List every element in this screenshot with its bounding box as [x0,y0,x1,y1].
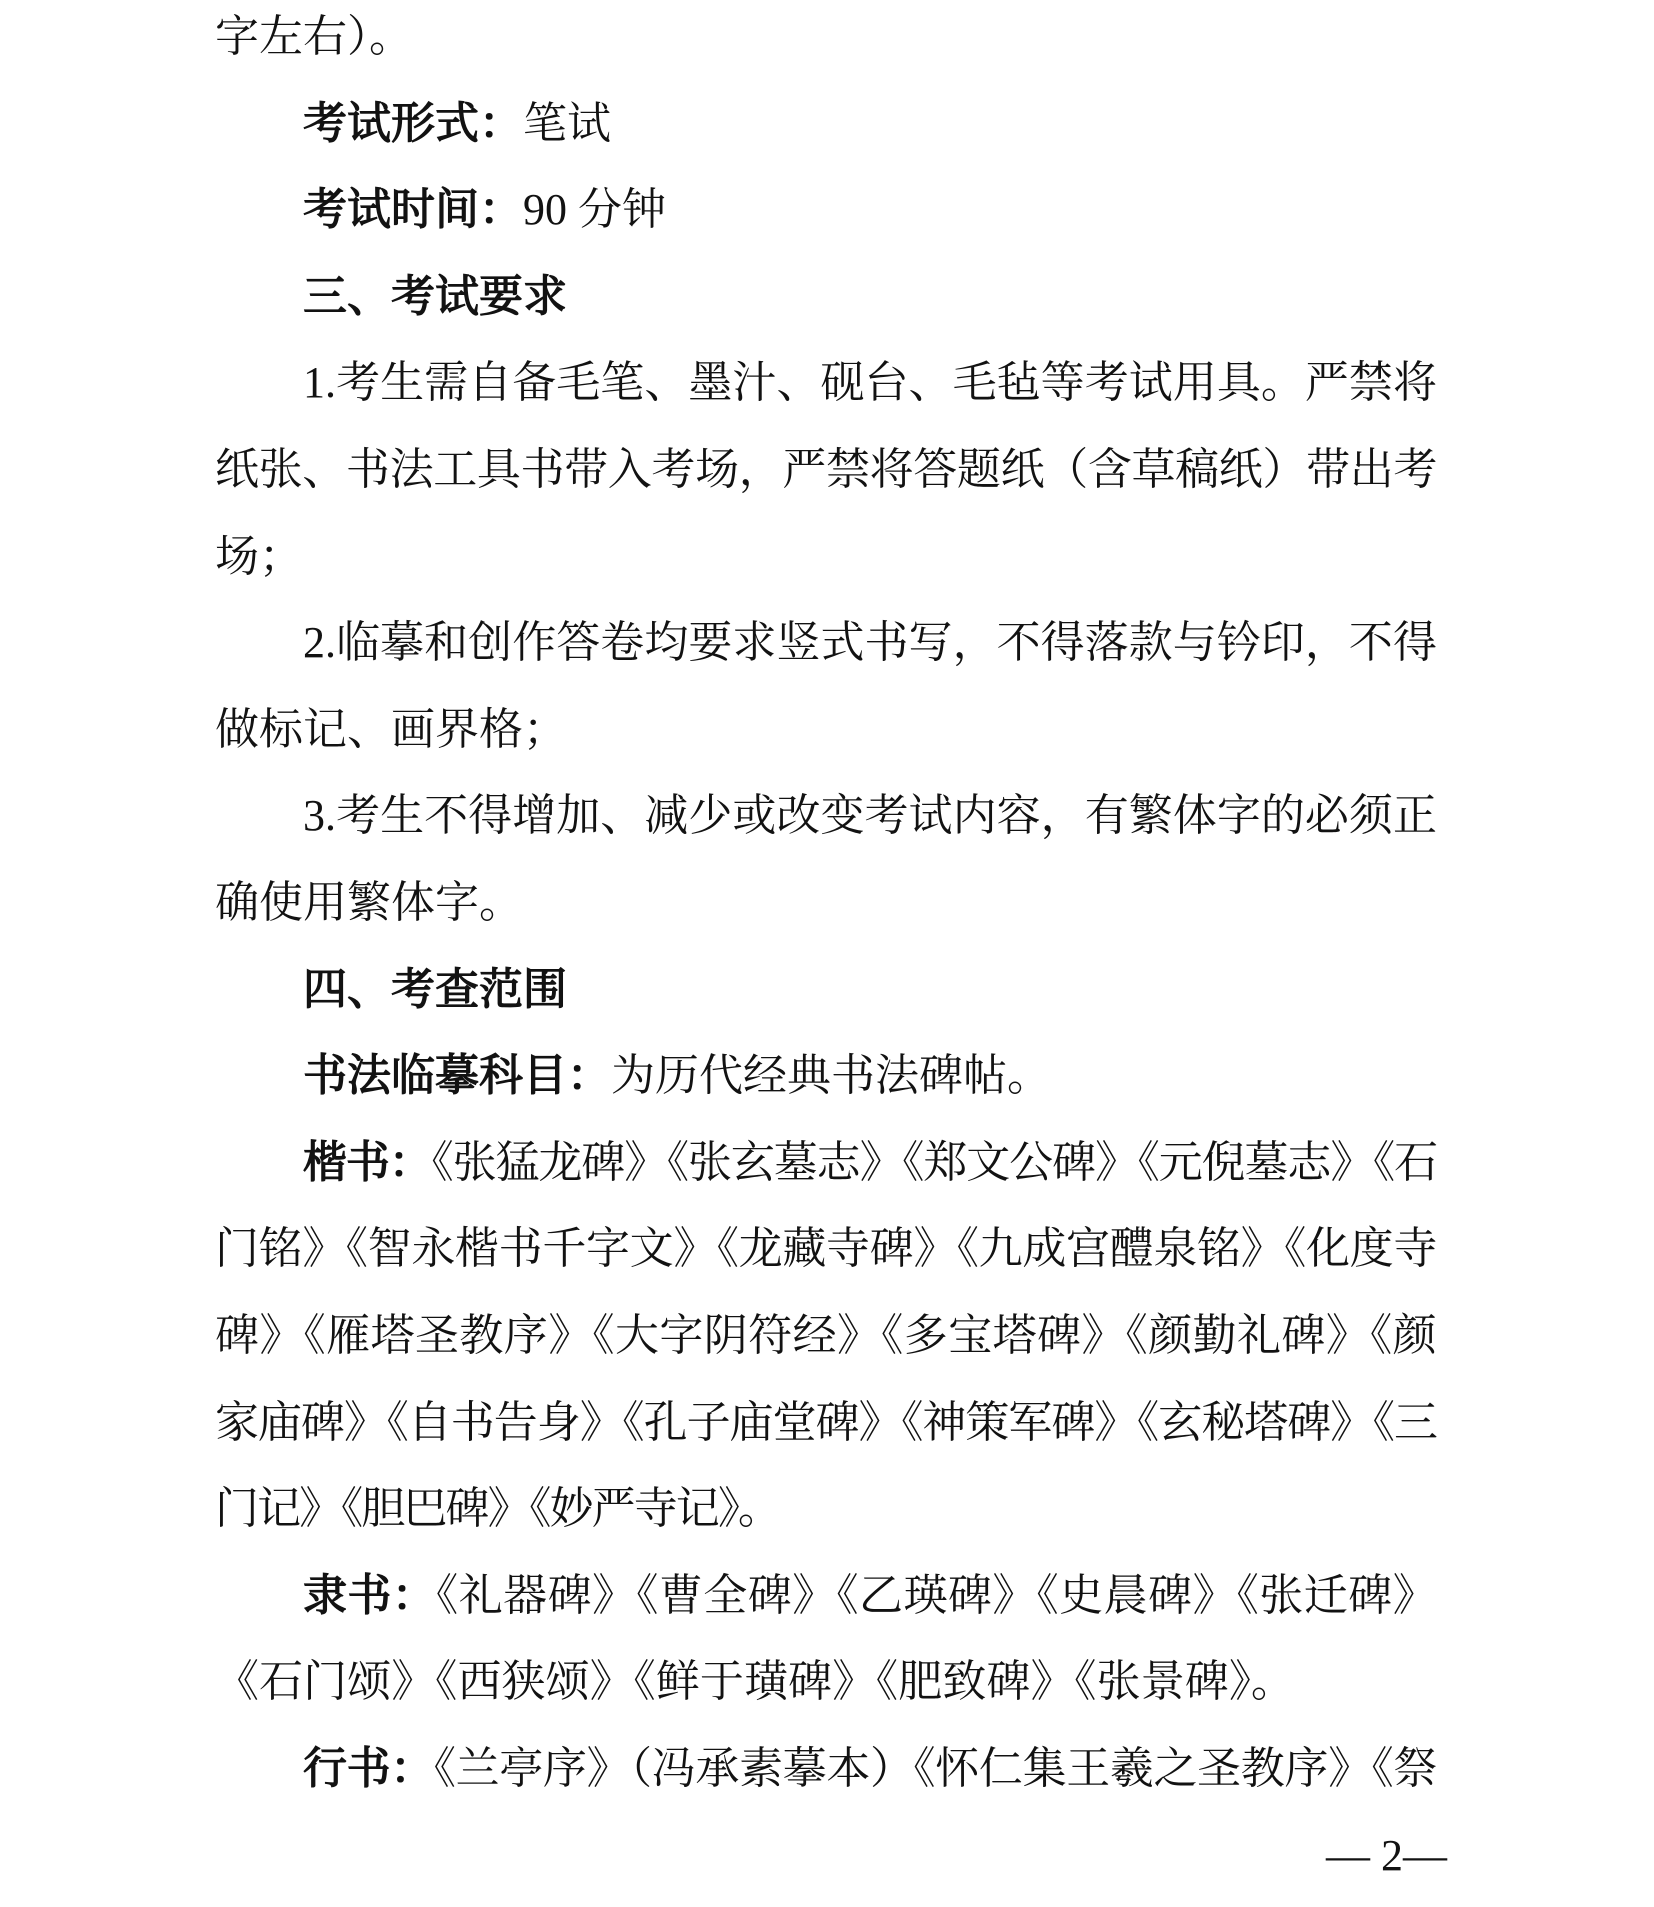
page-number: — 2— [215,1813,1447,1900]
text-line: 确使用繁体字。 [215,860,1437,947]
section-heading-exam-requirements: 三、考试要求 [215,254,1437,341]
text-line: 场； [215,514,1437,601]
text-line: 做标记、画界格； [215,687,1437,774]
line-text: 门铭》《智永楷书千字文》《龙藏寺碑》《九成宫醴泉铭》《化度寺 [215,1224,1437,1273]
field-label: 考试时间： [303,185,523,234]
list-running-script: 行书：《兰亭序》（冯承素摹本）《怀仁集王羲之圣教序》《祭 [215,1726,1437,1813]
line-text: 字左右）。 [215,12,413,61]
line-text: 场； [215,532,303,581]
text-line: 门铭》《智永楷书千字文》《龙藏寺碑》《九成宫醴泉铭》《化度寺 [215,1206,1437,1293]
field-exam-duration: 考试时间：90 分钟 [215,167,1437,254]
text-line: 字左右）。 [215,0,1437,81]
field-value: 为历代经典书法碑帖。 [611,1051,1051,1100]
field-label: 楷书： [303,1138,432,1187]
list-clerical-script: 隶书：《礼器碑》《曹全碑》《乙瑛碑》《史晨碑》《张迁碑》 [215,1553,1437,1640]
field-label: 行书： [303,1744,434,1793]
line-text: 1.考生需自备毛笔、墨汁、砚台、毛毡等考试用具。严禁将 [303,358,1437,407]
text-line: 3.考生不得增加、减少或改变考试内容，有繁体字的必须正 [215,773,1437,860]
field-exam-format: 考试形式：笔试 [215,81,1437,168]
document-body: 字左右）。 考试形式：笔试 考试时间：90 分钟 三、考试要求 1.考生需自备毛… [215,0,1437,1812]
line-text: 《礼器碑》《曹全碑》《乙瑛碑》《史晨碑》《张迁碑》 [436,1571,1437,1620]
field-label: 书法临摹科目： [303,1051,611,1100]
field-label: 隶书： [303,1571,436,1620]
line-text: 《张猛龙碑》《张玄墓志》《郑文公碑》《元倪墓志》《石 [432,1138,1437,1187]
field-label: 考试形式： [303,99,523,148]
line-text: 碑》《雁塔圣教序》《大字阴符经》《多宝塔碑》《颜勤礼碑》《颜 [215,1311,1437,1360]
document-page: 字左右）。 考试形式：笔试 考试时间：90 分钟 三、考试要求 1.考生需自备毛… [0,0,1654,1907]
list-regular-script: 楷书：《张猛龙碑》《张玄墓志》《郑文公碑》《元倪墓志》《石 [215,1120,1437,1207]
text-line: 门记》《胆巴碑》《妙严寺记》。 [215,1466,1437,1553]
line-text: 2.临摹和创作答卷均要求竖式书写，不得落款与钤印，不得 [303,618,1437,667]
heading-text: 三、考试要求 [303,272,567,321]
field-value: 笔试 [523,99,611,148]
text-line: 《石门颂》《西狭颂》《鲜于璜碑》《肥致碑》《张景碑》。 [215,1639,1437,1726]
line-text: 家庙碑》《自书告身》《孔子庙堂碑》《神策军碑》《玄秘塔碑》《三 [215,1398,1437,1447]
text-line: 碑》《雁塔圣教序》《大字阴符经》《多宝塔碑》《颜勤礼碑》《颜 [215,1293,1437,1380]
line-text: 《兰亭序》（冯承素摹本）《怀仁集王羲之圣教序》《祭 [434,1744,1437,1793]
line-text: 3.考生不得增加、减少或改变考试内容，有繁体字的必须正 [303,791,1437,840]
line-text: 做标记、画界格； [215,705,567,754]
text-line: 家庙碑》《自书告身》《孔子庙堂碑》《神策军碑》《玄秘塔碑》《三 [215,1380,1437,1467]
line-text: 《石门颂》《西狭颂》《鲜于璜碑》《肥致碑》《张景碑》。 [215,1657,1295,1706]
line-text: 纸张、书法工具书带入考场，严禁将答题纸（含草稿纸）带出考 [215,445,1437,494]
text-line: 1.考生需自备毛笔、墨汁、砚台、毛毡等考试用具。严禁将 [215,340,1437,427]
heading-text: 四、考查范围 [303,965,567,1014]
section-heading-exam-scope: 四、考查范围 [215,947,1437,1034]
text-line: 纸张、书法工具书带入考场，严禁将答题纸（含草稿纸）带出考 [215,427,1437,514]
field-value: 90 分钟 [523,185,666,234]
text-line: 2.临摹和创作答卷均要求竖式书写，不得落款与钤印，不得 [215,600,1437,687]
field-copying-subject: 书法临摹科目：为历代经典书法碑帖。 [215,1033,1437,1120]
line-text: 门记》《胆巴碑》《妙严寺记》。 [215,1484,780,1533]
line-text: 确使用繁体字。 [215,878,523,927]
